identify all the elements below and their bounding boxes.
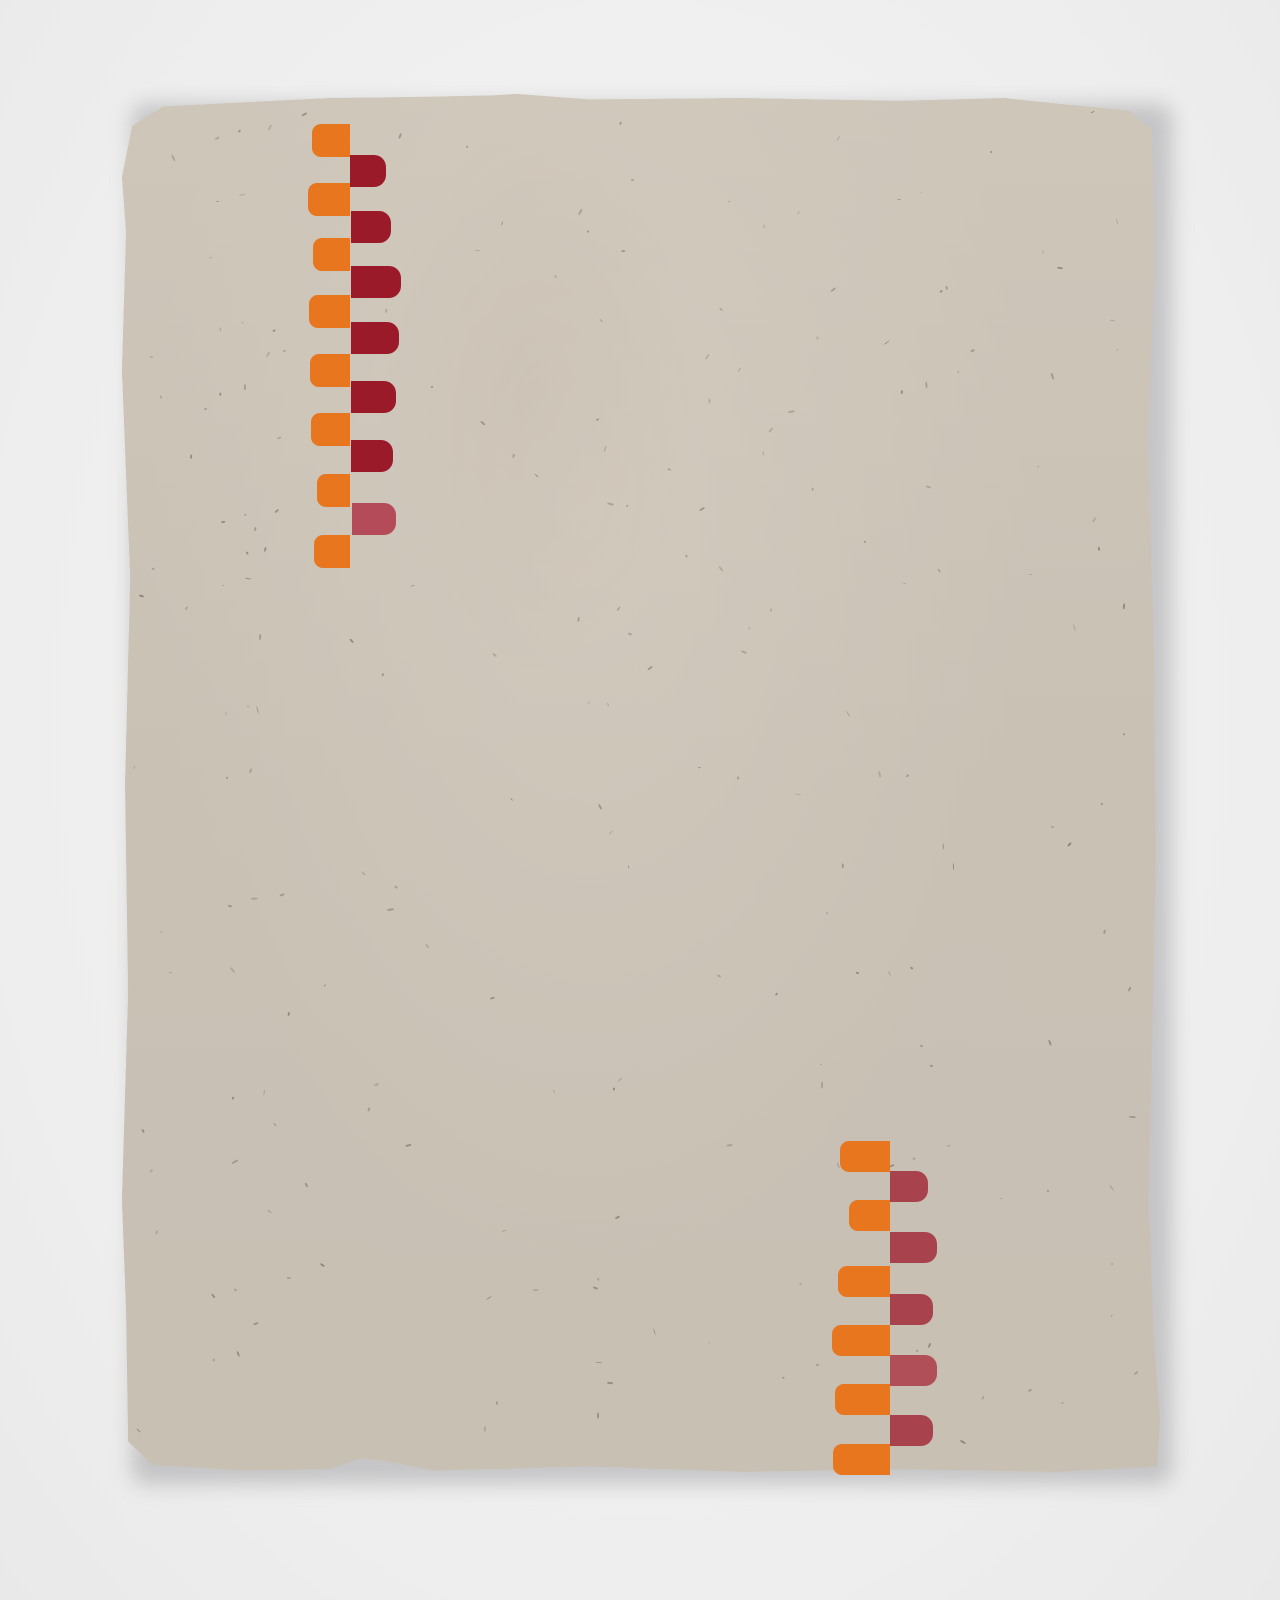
orange-paint-mark (308, 183, 350, 216)
orange-paint-mark (833, 1444, 890, 1475)
orange-paint-mark (312, 124, 350, 157)
crimson-paint-mark (351, 381, 396, 413)
fiber-speck (1122, 603, 1125, 609)
fiber-speck (737, 776, 739, 779)
crimson-paint-mark (352, 503, 396, 535)
orange-paint-mark (310, 354, 350, 387)
orange-paint-mark (849, 1200, 890, 1231)
orange-paint-mark (314, 535, 350, 568)
fiber-speck (273, 329, 276, 331)
orange-paint-mark (311, 413, 350, 446)
fiber-speck (708, 398, 710, 403)
fiber-speck (1123, 732, 1126, 735)
orange-paint-mark (832, 1325, 890, 1356)
orange-paint-mark (317, 474, 350, 507)
orange-paint-mark (838, 1266, 890, 1297)
fiber-speck (1098, 546, 1101, 550)
handmade-paper-sheet (122, 94, 1160, 1476)
crimson-paint-mark (351, 211, 391, 243)
orange-paint-mark (309, 295, 350, 328)
paper-texture (122, 94, 1160, 1476)
fiber-speck (816, 1364, 819, 1366)
crimson-paint-mark (890, 1171, 928, 1202)
fiber-speck (152, 568, 155, 570)
fiber-speck (821, 1082, 823, 1089)
fiber-speck (825, 912, 827, 914)
fiber-speck (597, 1412, 599, 1418)
crimson-paint-mark (890, 1232, 937, 1263)
orange-paint-mark (313, 238, 350, 271)
fiber-speck (762, 451, 763, 455)
crimson-paint-mark (890, 1415, 933, 1446)
crimson-paint-mark (350, 155, 386, 187)
crimson-paint-mark (351, 266, 401, 298)
fiber-speck (244, 384, 246, 390)
fiber-speck (283, 349, 286, 351)
crimson-paint-mark (890, 1294, 933, 1325)
fiber-speck (952, 863, 954, 870)
fiber-speck (621, 249, 626, 252)
crimson-paint-mark (351, 440, 393, 472)
crimson-paint-mark (890, 1355, 937, 1386)
orange-paint-mark (835, 1384, 890, 1415)
orange-paint-mark (840, 1141, 890, 1172)
fiber-speck (287, 1012, 289, 1016)
fiber-speck (920, 1044, 923, 1047)
crimson-paint-mark (351, 322, 399, 354)
